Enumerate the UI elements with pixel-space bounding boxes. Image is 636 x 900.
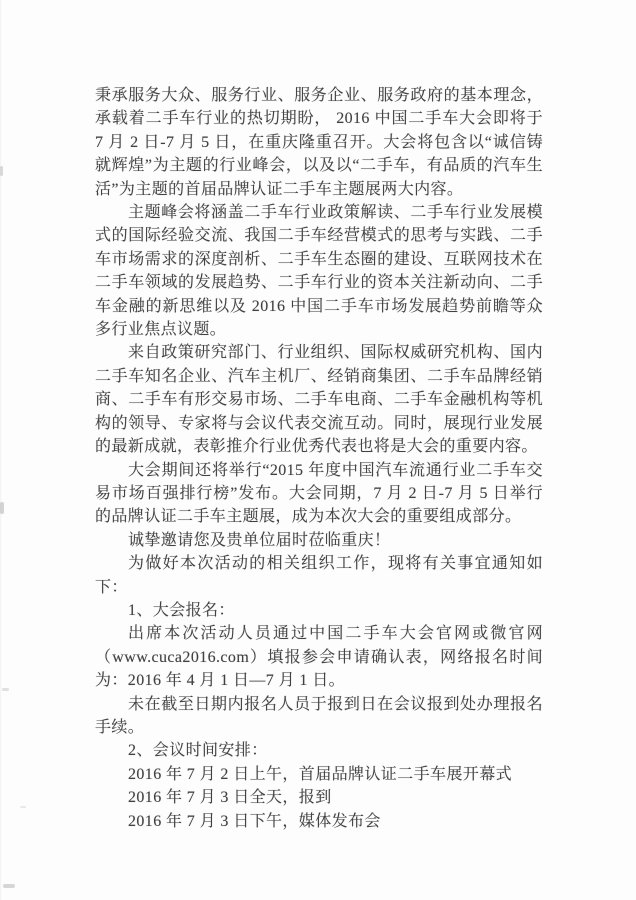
scan-artifact bbox=[3, 884, 15, 888]
scanned-document-page: 秉承服务大众、服务行业、服务企业、服务政府的基本理念，承载着二手车行业的热切期盼… bbox=[0, 0, 636, 900]
paragraph-invitation: 诚挚邀请您及贵单位届时莅临重庆！ bbox=[95, 529, 543, 552]
paragraph-late-registration: 未在截至日期内报名人员于报到日在会议报到处办理报名手续。 bbox=[95, 693, 543, 740]
paragraph-registration-method: 出席本次活动人员通过中国二手车大会官网或微官网（www.cuca2016.com… bbox=[95, 622, 543, 692]
notice-body-text: 秉承服务大众、服务行业、服务企业、服务政府的基本理念，承载着二手车行业的热切期盼… bbox=[95, 84, 543, 833]
paragraph-summit-topics: 主题峰会将涵盖二手车行业政策解读、二手车行业发展模式的国际经验交流、我国二手车经… bbox=[95, 201, 543, 341]
scan-artifact bbox=[0, 166, 3, 176]
scan-edge-shadow bbox=[0, 0, 2, 900]
scan-artifact bbox=[20, 806, 26, 808]
schedule-item-july3-allday: 2016 年 7 月 3 日全天，报到 bbox=[95, 786, 543, 809]
paragraph-ranking-release: 大会期间还将举行“2015 年度中国汽车流通行业二手车交易市场百强排行榜”发布。… bbox=[95, 459, 543, 529]
section-heading-schedule: 2、会议时间安排： bbox=[95, 739, 543, 762]
schedule-item-july3-afternoon: 2016 年 7 月 3 日下午，媒体发布会 bbox=[95, 810, 543, 833]
paragraph-notice-lead-in: 为做好本次活动的相关组织工作，现将有关事宜通知如下： bbox=[95, 552, 543, 599]
section-heading-registration: 1、大会报名： bbox=[95, 599, 543, 622]
scan-artifact bbox=[2, 688, 9, 691]
paragraph-participants: 来自政策研究部门、行业组织、国际权威研究机构、国内二手车知名企业、汽车主机厂、经… bbox=[95, 341, 543, 458]
scan-artifact bbox=[0, 502, 4, 514]
schedule-item-july2-morning: 2016 年 7 月 2 日上午，首届品牌认证二手车展开幕式 bbox=[95, 763, 543, 786]
paragraph-intro: 秉承服务大众、服务行业、服务企业、服务政府的基本理念，承载着二手车行业的热切期盼… bbox=[95, 84, 543, 201]
